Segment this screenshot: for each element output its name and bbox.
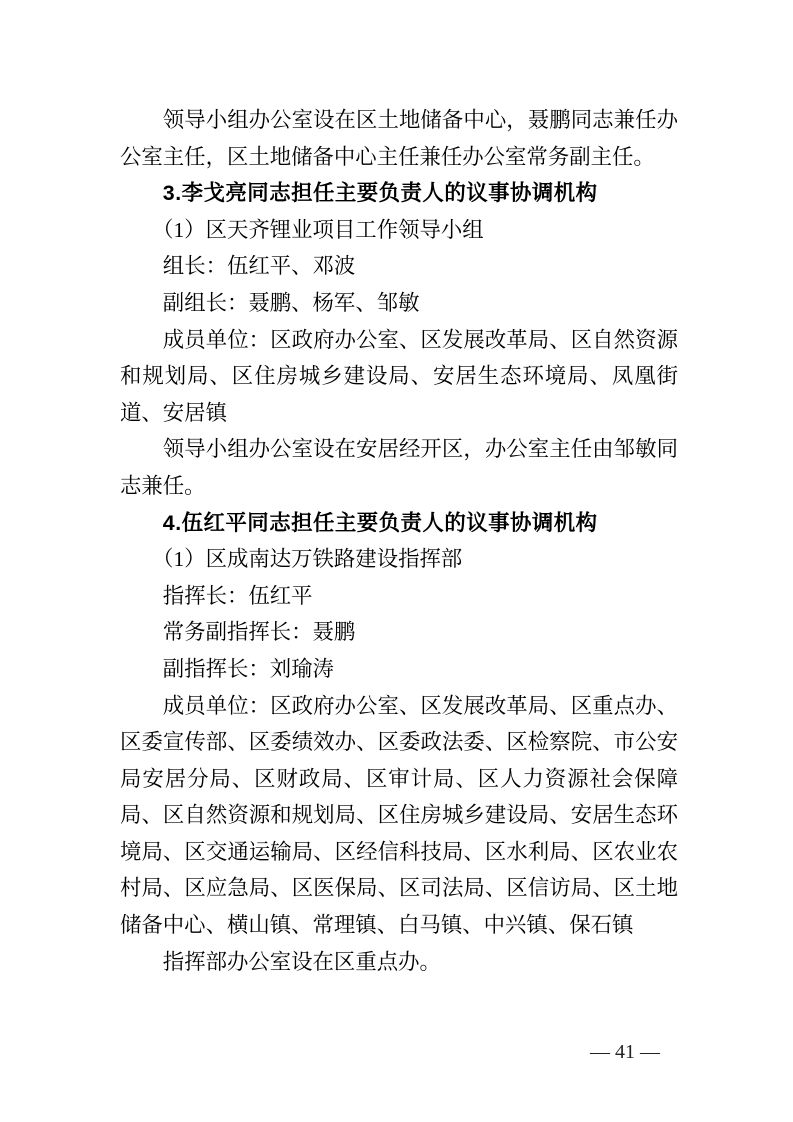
paragraph-group-title-1: （1）区天齐锂业项目工作领导小组 (120, 212, 678, 249)
page-number: — 41 — (590, 1040, 660, 1064)
paragraph-office-location: 领导小组办公室设在区土地储备中心，聂鹏同志兼任办公室主任，区土地储备中心主任兼任… (120, 102, 678, 175)
paragraph-executive-deputy-commander: 常务副指挥长：聂鹏 (120, 614, 678, 651)
paragraph-commander: 指挥长：伍红平 (120, 578, 678, 615)
document-page: 领导小组办公室设在区土地储备中心，聂鹏同志兼任办公室主任，区土地储备中心主任兼任… (0, 0, 793, 1122)
paragraph-office-note-2: 指挥部办公室设在区重点办。 (120, 944, 678, 981)
paragraph-member-units-2: 成员单位：区政府办公室、区发展改革局、区重点办、区委宣传部、区委绩效办、区委政法… (120, 688, 678, 944)
paragraph-deputy-commander: 副指挥长：刘瑜涛 (120, 651, 678, 688)
paragraph-group-title-2: （1）区成南达万铁路建设指挥部 (120, 541, 678, 578)
document-body: 领导小组办公室设在区土地储备中心，聂鹏同志兼任办公室主任，区土地储备中心主任兼任… (120, 102, 678, 980)
paragraph-deputy-leaders: 副组长：聂鹏、杨军、邹敏 (120, 285, 678, 322)
section-heading-4: 4.伍红平同志担任主要负责人的议事协调机构 (120, 505, 678, 542)
section-heading-3: 3.李戈亮同志担任主要负责人的议事协调机构 (120, 175, 678, 212)
paragraph-group-leader: 组长：伍红平、邓波 (120, 248, 678, 285)
paragraph-office-note-1: 领导小组办公室设在安居经开区，办公室主任由邹敏同志兼任。 (120, 431, 678, 504)
paragraph-member-units-1: 成员单位：区政府办公室、区发展改革局、区自然资源和规划局、区住房城乡建设局、安居… (120, 322, 678, 432)
